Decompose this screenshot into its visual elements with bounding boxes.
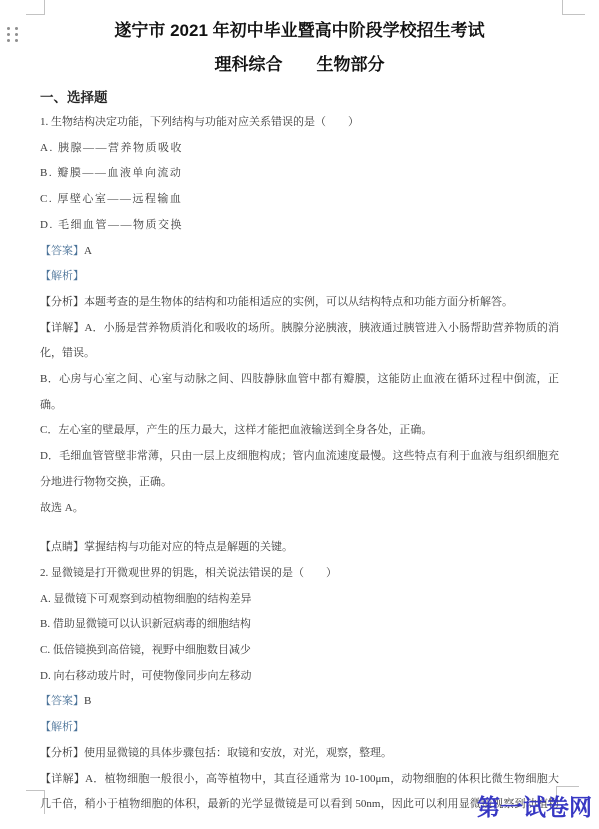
q2-option-d: D. 向右移动玻片时，可使物像同步向左移动 [40, 664, 559, 690]
q2-answer-line: 【答案】B [40, 689, 559, 715]
q2-answer-value: B [84, 695, 91, 707]
q2-stem: 2. 显微镜是打开微观世界的钥匙，相关说法错误的是（ ） [40, 561, 559, 587]
q2-option-c: C. 低倍镜换到高倍镜，视野中细胞数目减少 [40, 638, 559, 664]
q2-answer-label: 【答案】 [40, 695, 84, 707]
exam-subtitle: 理科综合 生物部分 [40, 52, 559, 77]
q2-option-b: B. 借助显微镜可以认识新冠病毒的细胞结构 [40, 612, 559, 638]
site-watermark: 第一试卷网 [477, 794, 592, 821]
q1-answer-value: A [84, 245, 92, 257]
document-page: 遂宁市 2021 年初中毕业暨高中阶段学校招生考试 理科综合 生物部分 一、选择… [0, 0, 599, 829]
q1-tip: 【点睛】掌握结构与功能对应的特点是解题的关键。 [40, 535, 559, 561]
q1-jiexi-label: 【解析】 [40, 270, 84, 282]
q1-answer-label: 【答案】 [40, 245, 84, 257]
drag-handle-icon[interactable] [7, 27, 18, 43]
q2-detail-line-1: 【详解】A．植物细胞一般很小，高等植物中，其直径通常为 10-100μm，动物细… [40, 767, 559, 793]
q1-analysis: 【分析】本题考查的是生物体的结构和功能相适应的实例，可以从结构特点和功能方面分析… [40, 290, 559, 316]
exam-document: 遂宁市 2021 年初中毕业暨高中阶段学校招生考试 理科综合 生物部分 一、选择… [40, 18, 559, 818]
section-heading: 一、选择题 [40, 87, 559, 108]
q1-detail-line-6: 分地进行物物交换，正确。 [40, 470, 559, 496]
q1-conclusion: 故选 A。 [40, 496, 559, 522]
q1-jiexi-line: 【解析】 [40, 264, 559, 290]
q1-option-a: A. 胰腺——营养物质吸收 [40, 136, 559, 162]
q2-analysis: 【分析】使用显微镜的具体步骤包括：取镜和安放，对光，观察，整理。 [40, 741, 559, 767]
q1-detail-line-5: D．毛细血管管壁非常薄，只由一层上皮细胞构成；管内血流速度最慢。这些特点有利于血… [40, 444, 559, 470]
q2-jiexi-line: 【解析】 [40, 715, 559, 741]
q1-stem: 1. 生物结构决定功能，下列结构与功能对应关系错误的是（ ） [40, 110, 559, 136]
crop-mark-top-right-icon [562, 0, 585, 15]
q1-detail-line-4: C．左心室的壁最厚，产生的压力最大，这样才能把血液输送到全身各处，正确。 [40, 418, 559, 444]
q2-option-a: A. 显微镜下可观察到动植物细胞的结构差异 [40, 587, 559, 613]
q1-answer-line: 【答案】A [40, 239, 559, 265]
q1-detail-line-3: B．心房与心室之间、心室与动脉之间、四肢静脉血管中都有瓣膜，这能防止血液在循环过… [40, 367, 559, 418]
q1-detail-line-1: 【详解】A．小肠是营养物质消化和吸收的场所。胰腺分泌胰液，胰液通过胰管进入小肠帮… [40, 316, 559, 342]
crop-mark-top-left-icon [26, 0, 45, 15]
q1-option-c: C. 厚壁心室——远程输血 [40, 187, 559, 213]
q1-detail-line-2: 化，错误。 [40, 341, 559, 367]
q1-option-b: B. 瓣膜——血液单向流动 [40, 161, 559, 187]
q2-jiexi-label: 【解析】 [40, 721, 84, 733]
q1-option-d: D. 毛细血管——物质交换 [40, 213, 559, 239]
exam-title: 遂宁市 2021 年初中毕业暨高中阶段学校招生考试 [40, 18, 559, 43]
